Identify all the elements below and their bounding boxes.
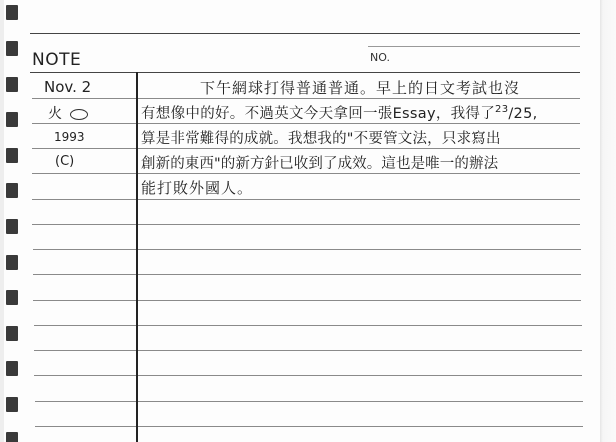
entry-year: 1993 (54, 130, 85, 144)
binding-hole-icon (6, 77, 18, 92)
note-title: NOTE (32, 50, 81, 70)
body-line-3: 算是非常難得的成就。我想我的"不要管文法，只求寫出 (141, 127, 501, 148)
header-rule (30, 72, 580, 73)
binding-hole-icon (6, 41, 18, 56)
body-line-2-text: 有想像中的好。不過英文今天拿回一張Essay，我得了 (141, 106, 495, 122)
rule-line (35, 426, 583, 427)
cloud-icon (70, 109, 88, 120)
rule-line (32, 199, 580, 200)
rule-line (32, 98, 580, 99)
page-left-edge (0, 0, 4, 442)
body-line-1: 下午網球打得普通普通。早上的日文考試也沒 (200, 77, 520, 98)
binding-hole-icon (6, 397, 18, 412)
rule-line (33, 300, 581, 301)
rule-line (32, 123, 580, 124)
rule-line (34, 325, 582, 326)
rule-line (32, 224, 580, 225)
binding-hole-icon (6, 219, 18, 234)
weekday: 火 (48, 106, 62, 122)
binding-hole-icon (6, 361, 18, 376)
page-right-edge (600, 0, 616, 442)
score-denominator: /25, (508, 106, 537, 122)
rule-line (35, 401, 583, 402)
rule-line (34, 350, 582, 351)
binding-hole-icon (6, 183, 18, 198)
date-column-divider (136, 72, 138, 442)
notebook-page: NOTE NO. Nov. 2 火 1993 (C) 下午網球打得普通普通。早上… (0, 0, 616, 442)
rule-line (33, 249, 581, 250)
number-label: NO. (370, 51, 390, 64)
rule-line (32, 148, 580, 149)
binding-hole-icon (6, 326, 18, 341)
binding-hole-icon (6, 432, 18, 442)
entry-weekday-weather: 火 (48, 103, 88, 123)
binding-hole-icon (6, 5, 18, 20)
rule-line (34, 375, 582, 376)
binding-hole-icon (6, 290, 18, 305)
top-rule (30, 33, 580, 34)
entry-mark: (C) (55, 154, 74, 169)
binding-hole-icon (6, 112, 18, 127)
rule-line (32, 173, 580, 174)
body-line-2: 有想像中的好。不過英文今天拿回一張Essay，我得了23/25, (141, 102, 538, 123)
body-line-5: 能打敗外國人。 (141, 177, 253, 198)
score-numerator: 23 (495, 104, 508, 115)
number-rule-top (368, 46, 580, 47)
body-line-4: 創新的東西"的新方針已收到了成效。這也是唯一的辦法 (141, 152, 498, 173)
entry-date: Nov. 2 (44, 78, 91, 96)
binding-hole-icon (6, 255, 18, 270)
binding-hole-icon (6, 148, 18, 163)
rule-line (33, 274, 581, 275)
